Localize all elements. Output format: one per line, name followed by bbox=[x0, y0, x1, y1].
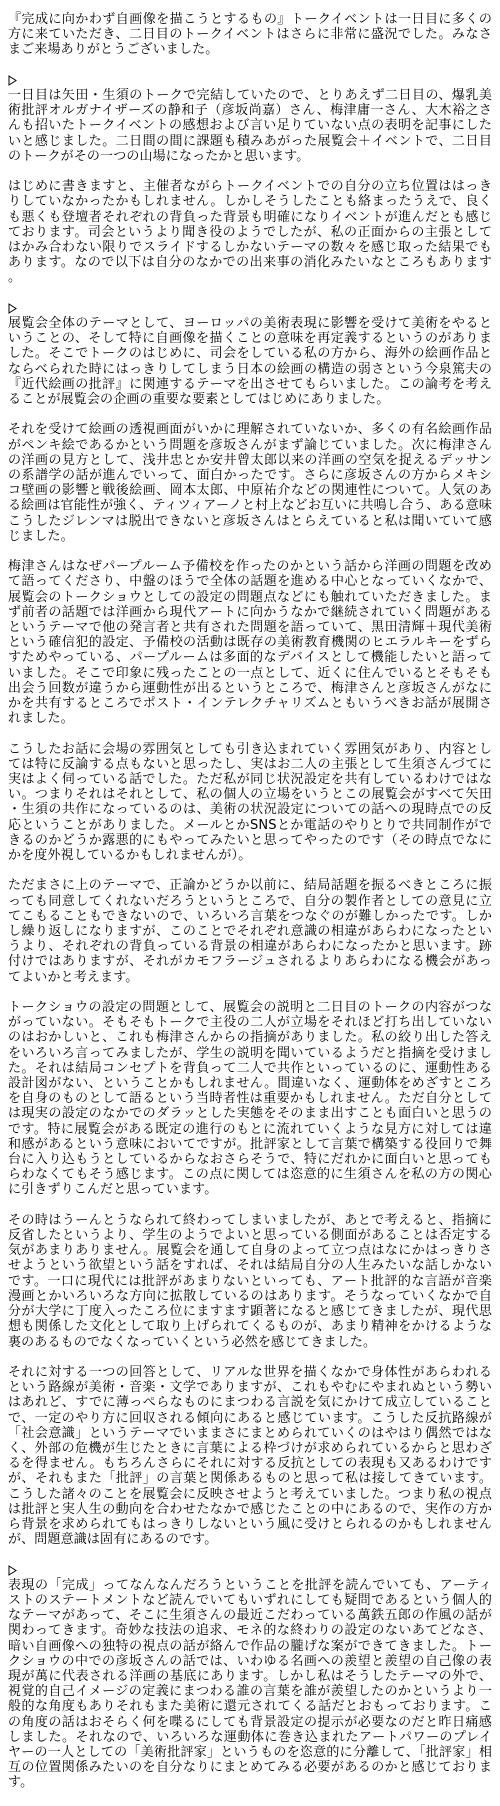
paragraph: はじめに書きますと、主催者ながらトークイベントでの自分の立ち位置ははっきりしてい… bbox=[8, 179, 492, 285]
paragraph: こうしたお話に会場の雰囲気としても引き込まれていく雰囲気があり、内容としては特に… bbox=[8, 742, 492, 864]
section-marker-triangle-icon bbox=[8, 73, 492, 88]
paragraph: トークショウの設定の問題として、展覧会の説明と二日目のトークの内容がつながってい… bbox=[8, 1000, 492, 1198]
paragraph: 梅津さんはなぜパープルーム予備校を作ったのかという話から洋画の問題を改めて語って… bbox=[8, 559, 492, 726]
intro-paragraph: 『完成に向かわず自画像を描こうとするもの』トークイベントは一日目に多くの方に来て… bbox=[8, 12, 492, 58]
section-3: 表現の「完成」ってなんなんだろうということを批評を読んでいても、アーティストのス… bbox=[8, 1563, 492, 1580]
paragraph: それを受けて絵画の透視画面がいかに理解されていないか、多くの有名絵画作品がペンキ… bbox=[8, 422, 492, 544]
section-marker-triangle-icon bbox=[8, 301, 492, 316]
paragraph: それに対する一つの回答として、リアルな世界を描くなかで身体性があらわれるという路… bbox=[8, 1365, 492, 1547]
paragraph: その時はうーんとうなられて終わってしまいましたが、あとで考えると、指摘に反省した… bbox=[8, 1213, 492, 1350]
section-marker-triangle-icon bbox=[8, 1563, 492, 1578]
paragraph: ただまさに上のテーマで、正論かどうか以前に、結局話題を振るべきところに振っても同… bbox=[8, 878, 492, 984]
paragraph: 展覧会全体のテーマとして、ヨーロッパの美術表現に影響を受けて美術をやるということ… bbox=[8, 316, 492, 407]
article-body: 『完成に向かわず自画像を描こうとするもの』トークイベントは一日目に多くの方に来て… bbox=[8, 12, 492, 1580]
paragraph: 一日目は矢田・生須のトークで完結していたので、とりあえず二日目の、爆乳美術批評オ… bbox=[8, 88, 492, 164]
section-2: 展覧会全体のテーマとして、ヨーロッパの美術表現に影響を受けて美術をやるということ… bbox=[8, 301, 492, 1548]
section-1: 一日目は矢田・生須のトークで完結していたので、とりあえず二日目の、爆乳美術批評オ… bbox=[8, 73, 492, 286]
